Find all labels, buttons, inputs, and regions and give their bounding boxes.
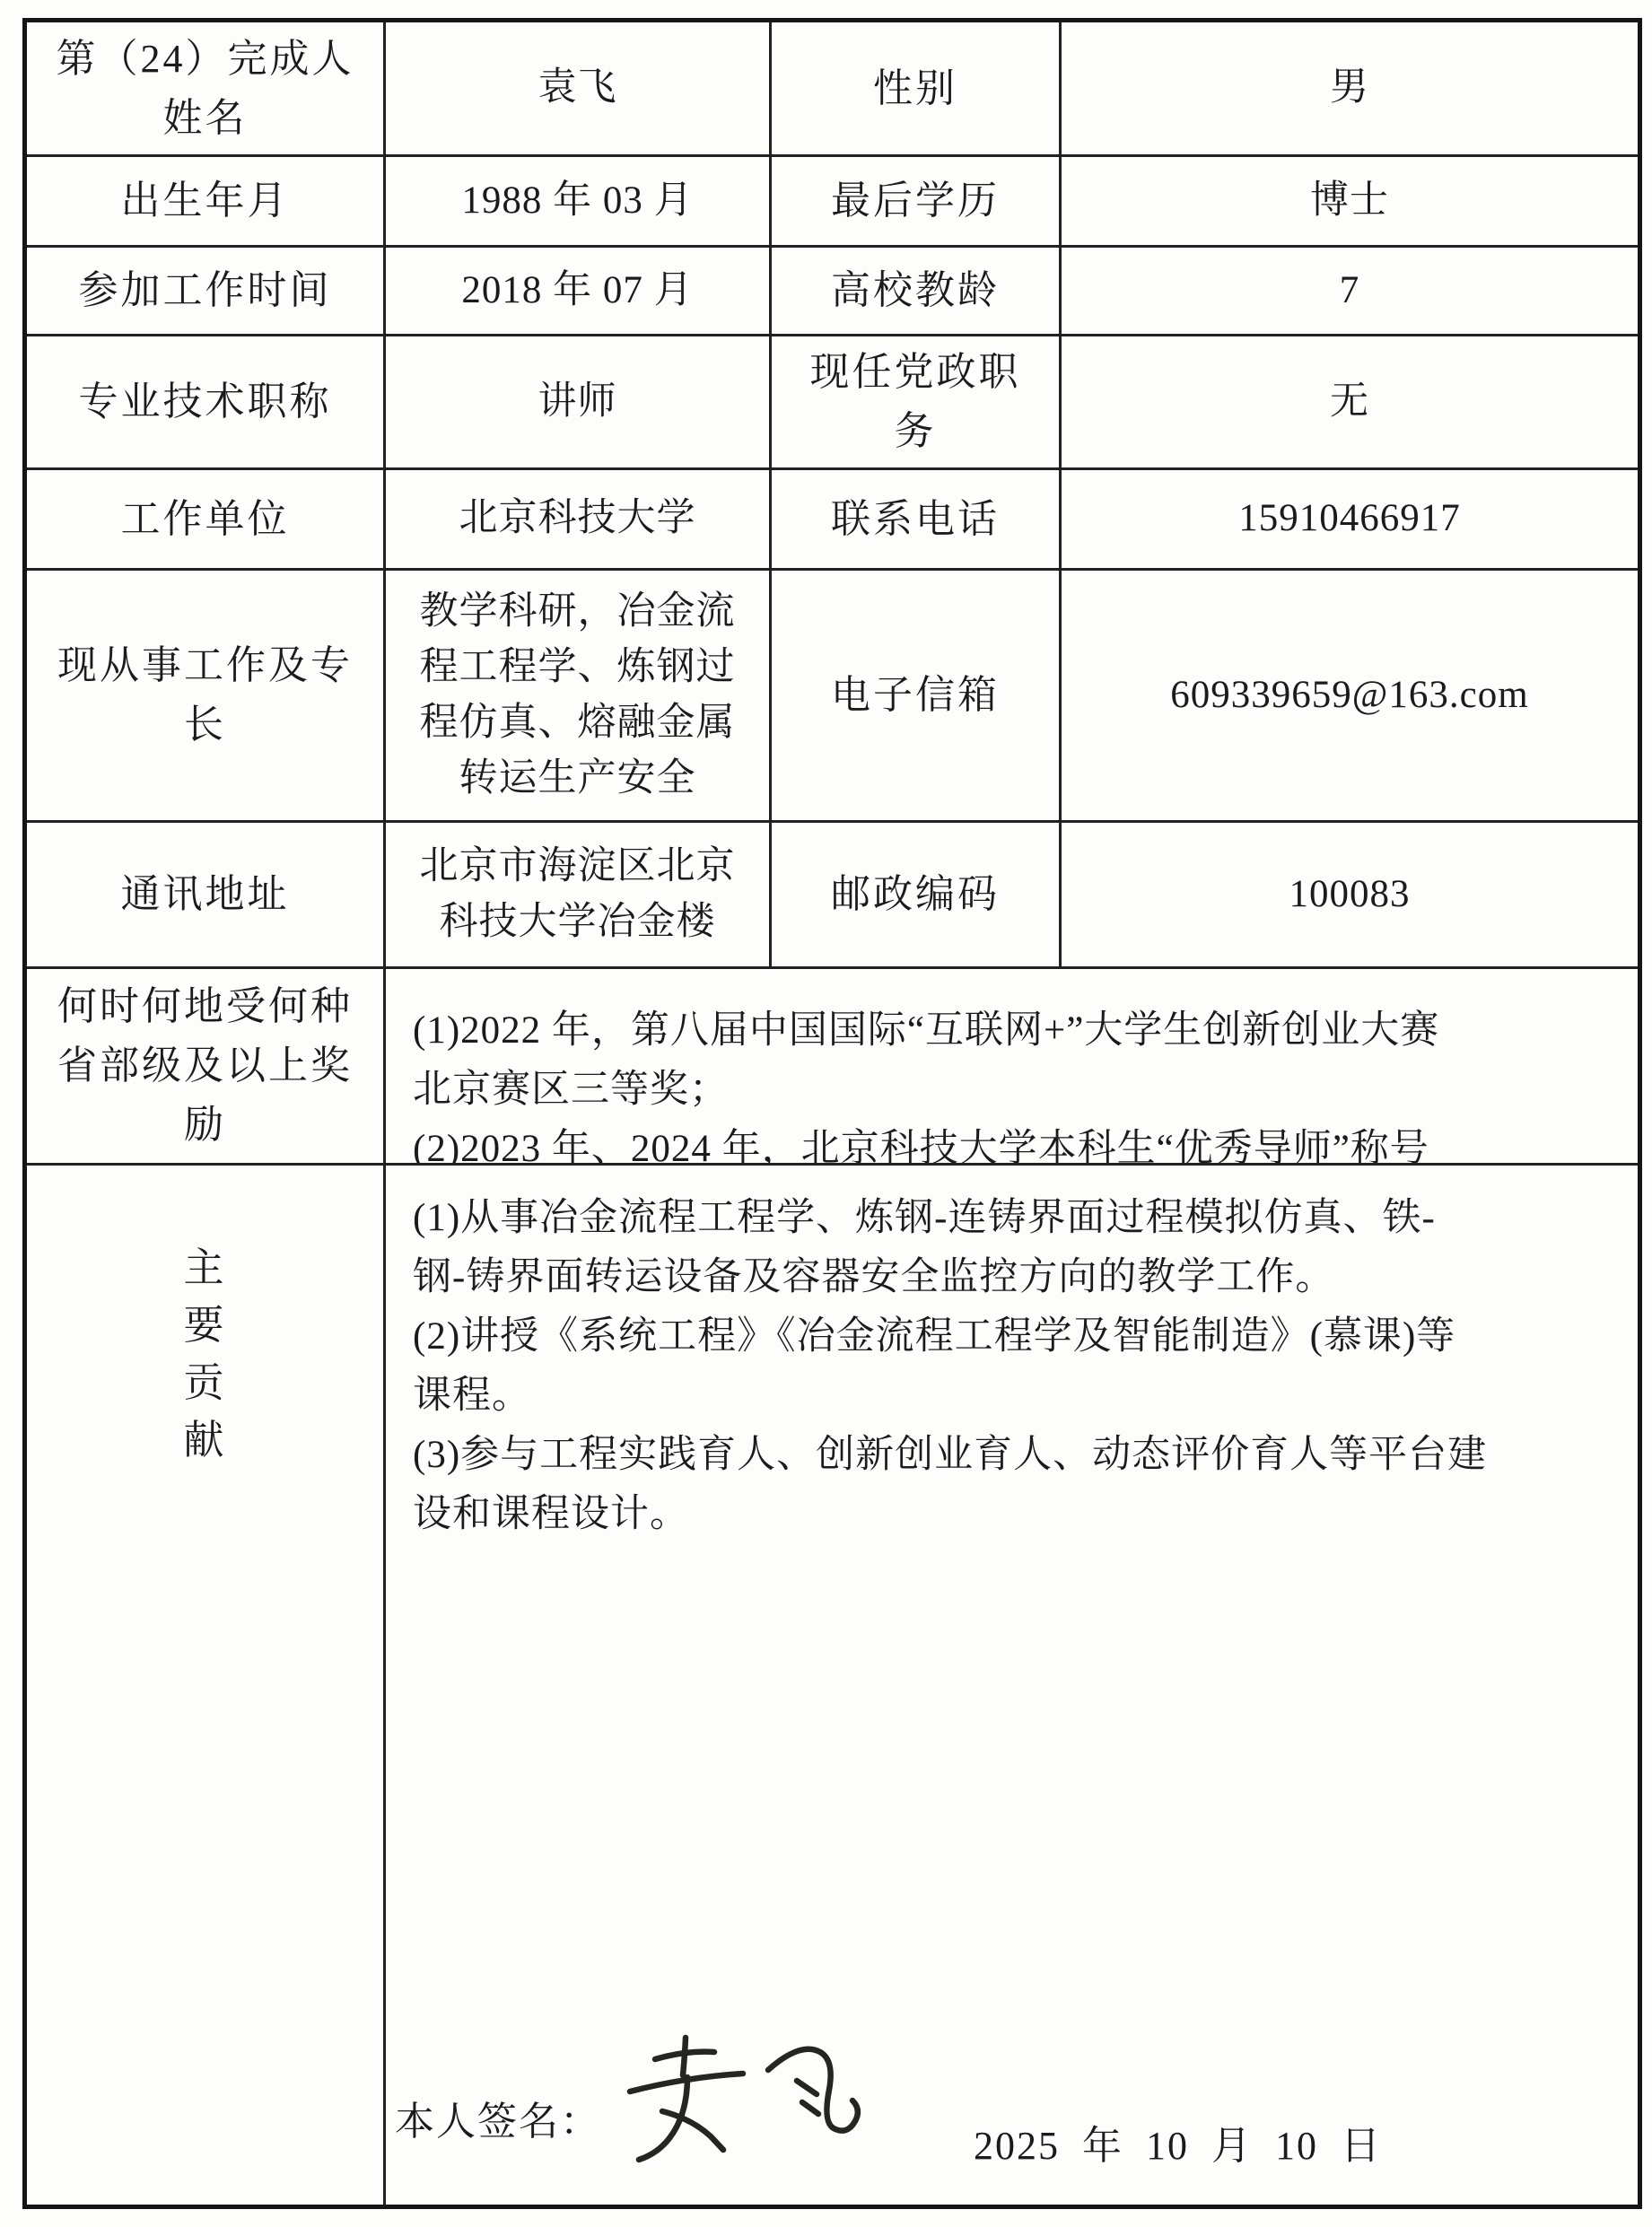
contributions-label-char: 主 — [183, 1248, 226, 1288]
address-label: 通讯地址 — [27, 823, 386, 969]
party-position-label-line2: 务 — [895, 402, 937, 461]
current-work-value-line: 程工程学、炼钢过 — [420, 640, 736, 695]
signature-block: 本人签名： — [395, 2025, 892, 2167]
birth-date-label: 出生年月 — [27, 157, 386, 248]
signature-label: 本人签名： — [395, 2102, 601, 2167]
work-start-label: 参加工作时间 — [27, 248, 386, 336]
contributions-text-line: (1)从事冶金流程工程学、炼钢-连铸界面过程模拟仿真、铁- — [413, 1189, 1487, 1248]
contributions-label: 主 要 贡 献 — [27, 1166, 386, 2205]
party-position-value: 无 — [1062, 336, 1638, 470]
postcode-value: 100083 — [1062, 823, 1638, 969]
education-value: 博士 — [1062, 157, 1638, 248]
current-work-label: 现从事工作及专 长 — [27, 571, 386, 823]
current-work-label-line1: 现从事工作及专 — [57, 636, 353, 695]
completer-name-label-line1: 第（24）完成人 — [57, 30, 354, 89]
current-work-value: 教学科研，冶金流 程工程学、炼钢过 程仿真、熔融金属 转运生产安全 — [386, 571, 772, 823]
signature-date: 2025 年 10 月 10 日 — [974, 2113, 1382, 2170]
contributions-label-char: 贡 — [183, 1363, 226, 1403]
teaching-years-label: 高校教龄 — [772, 248, 1062, 336]
contributions-text-line: 课程。 — [413, 1367, 1487, 1426]
completer-name-label: 第（24）完成人 姓名 — [27, 22, 386, 157]
completer-name-value: 袁飞 — [386, 22, 772, 157]
awards-content: (1)2022 年，第八届中国国际“互联网+”大学生创新创业大赛 北京赛区三等奖… — [386, 969, 1638, 1166]
contributions-text-line: (2)讲授《系统工程》《冶金流程工程学及智能制造》(慕课)等 — [413, 1307, 1487, 1367]
gender-label: 性别 — [772, 22, 1062, 157]
contributions-content: (1)从事冶金流程工程学、炼钢-连铸界面过程模拟仿真、铁- 钢-铸界面转运设备及… — [386, 1166, 1638, 2205]
gender-value: 男 — [1062, 22, 1638, 157]
education-label: 最后学历 — [772, 157, 1062, 248]
employer-value: 北京科技大学 — [386, 470, 772, 571]
completer-name-label-line2: 姓名 — [163, 89, 248, 148]
birth-date-value: 1988 年 03 月 — [386, 157, 772, 248]
current-work-value-line: 转运生产安全 — [459, 751, 696, 807]
handwritten-signature-yuanfei — [614, 2025, 892, 2167]
awards-text-line: 北京赛区三等奖； — [413, 1061, 729, 1120]
current-work-value-line: 程仿真、熔融金属 — [420, 695, 736, 751]
contributions-text-line: 设和课程设计。 — [413, 1485, 1487, 1544]
teaching-years-value: 7 — [1062, 248, 1638, 336]
personnel-form-table: 第（24）完成人 姓名 袁飞 性别 男 出生年月 1988 年 03 月 最后学… — [22, 18, 1642, 2209]
address-value-line: 科技大学冶金楼 — [440, 895, 716, 950]
party-position-label-line1: 现任党政职 — [810, 343, 1021, 402]
contributions-label-char: 献 — [183, 1420, 226, 1461]
current-work-label-line2: 长 — [184, 695, 226, 755]
contributions-label-char: 要 — [183, 1306, 226, 1346]
address-value-line: 北京市海淀区北京 — [420, 839, 736, 895]
work-start-value: 2018 年 07 月 — [386, 248, 772, 336]
current-work-value-line: 教学科研，冶金流 — [420, 584, 736, 640]
address-value: 北京市海淀区北京 科技大学冶金楼 — [386, 823, 772, 969]
phone-label: 联系电话 — [772, 470, 1062, 571]
awards-text-line: (2)2023 年、2024 年，北京科技大学本科生“优秀导师”称号 — [413, 1120, 1429, 1166]
professional-title-label: 专业技术职称 — [27, 336, 386, 470]
awards-label-line2: 省部级及以上奖 — [57, 1036, 353, 1096]
contributions-text-line: 钢-铸界面转运设备及容器安全监控方向的教学工作。 — [413, 1248, 1487, 1307]
awards-label-line1: 何时何地受何种 — [57, 977, 353, 1036]
employer-label: 工作单位 — [27, 470, 386, 571]
awards-label: 何时何地受何种 省部级及以上奖 励 — [27, 969, 386, 1166]
phone-value: 15910466917 — [1062, 470, 1638, 571]
contributions-text-line: (3)参与工程实践育人、创新创业育人、动态评价育人等平台建 — [413, 1426, 1487, 1485]
email-value: 609339659@163.com — [1062, 571, 1638, 823]
postcode-label: 邮政编码 — [772, 823, 1062, 969]
party-position-label: 现任党政职 务 — [772, 336, 1062, 470]
contributions-text: (1)从事冶金流程工程学、炼钢-连铸界面过程模拟仿真、铁- 钢-铸界面转运设备及… — [386, 1166, 1505, 1544]
awards-text-line: (1)2022 年，第八届中国国际“互联网+”大学生创新创业大赛 — [413, 1001, 1439, 1061]
professional-title-value: 讲师 — [386, 336, 772, 470]
email-label: 电子信箱 — [772, 571, 1062, 823]
awards-label-line3: 励 — [184, 1096, 226, 1155]
